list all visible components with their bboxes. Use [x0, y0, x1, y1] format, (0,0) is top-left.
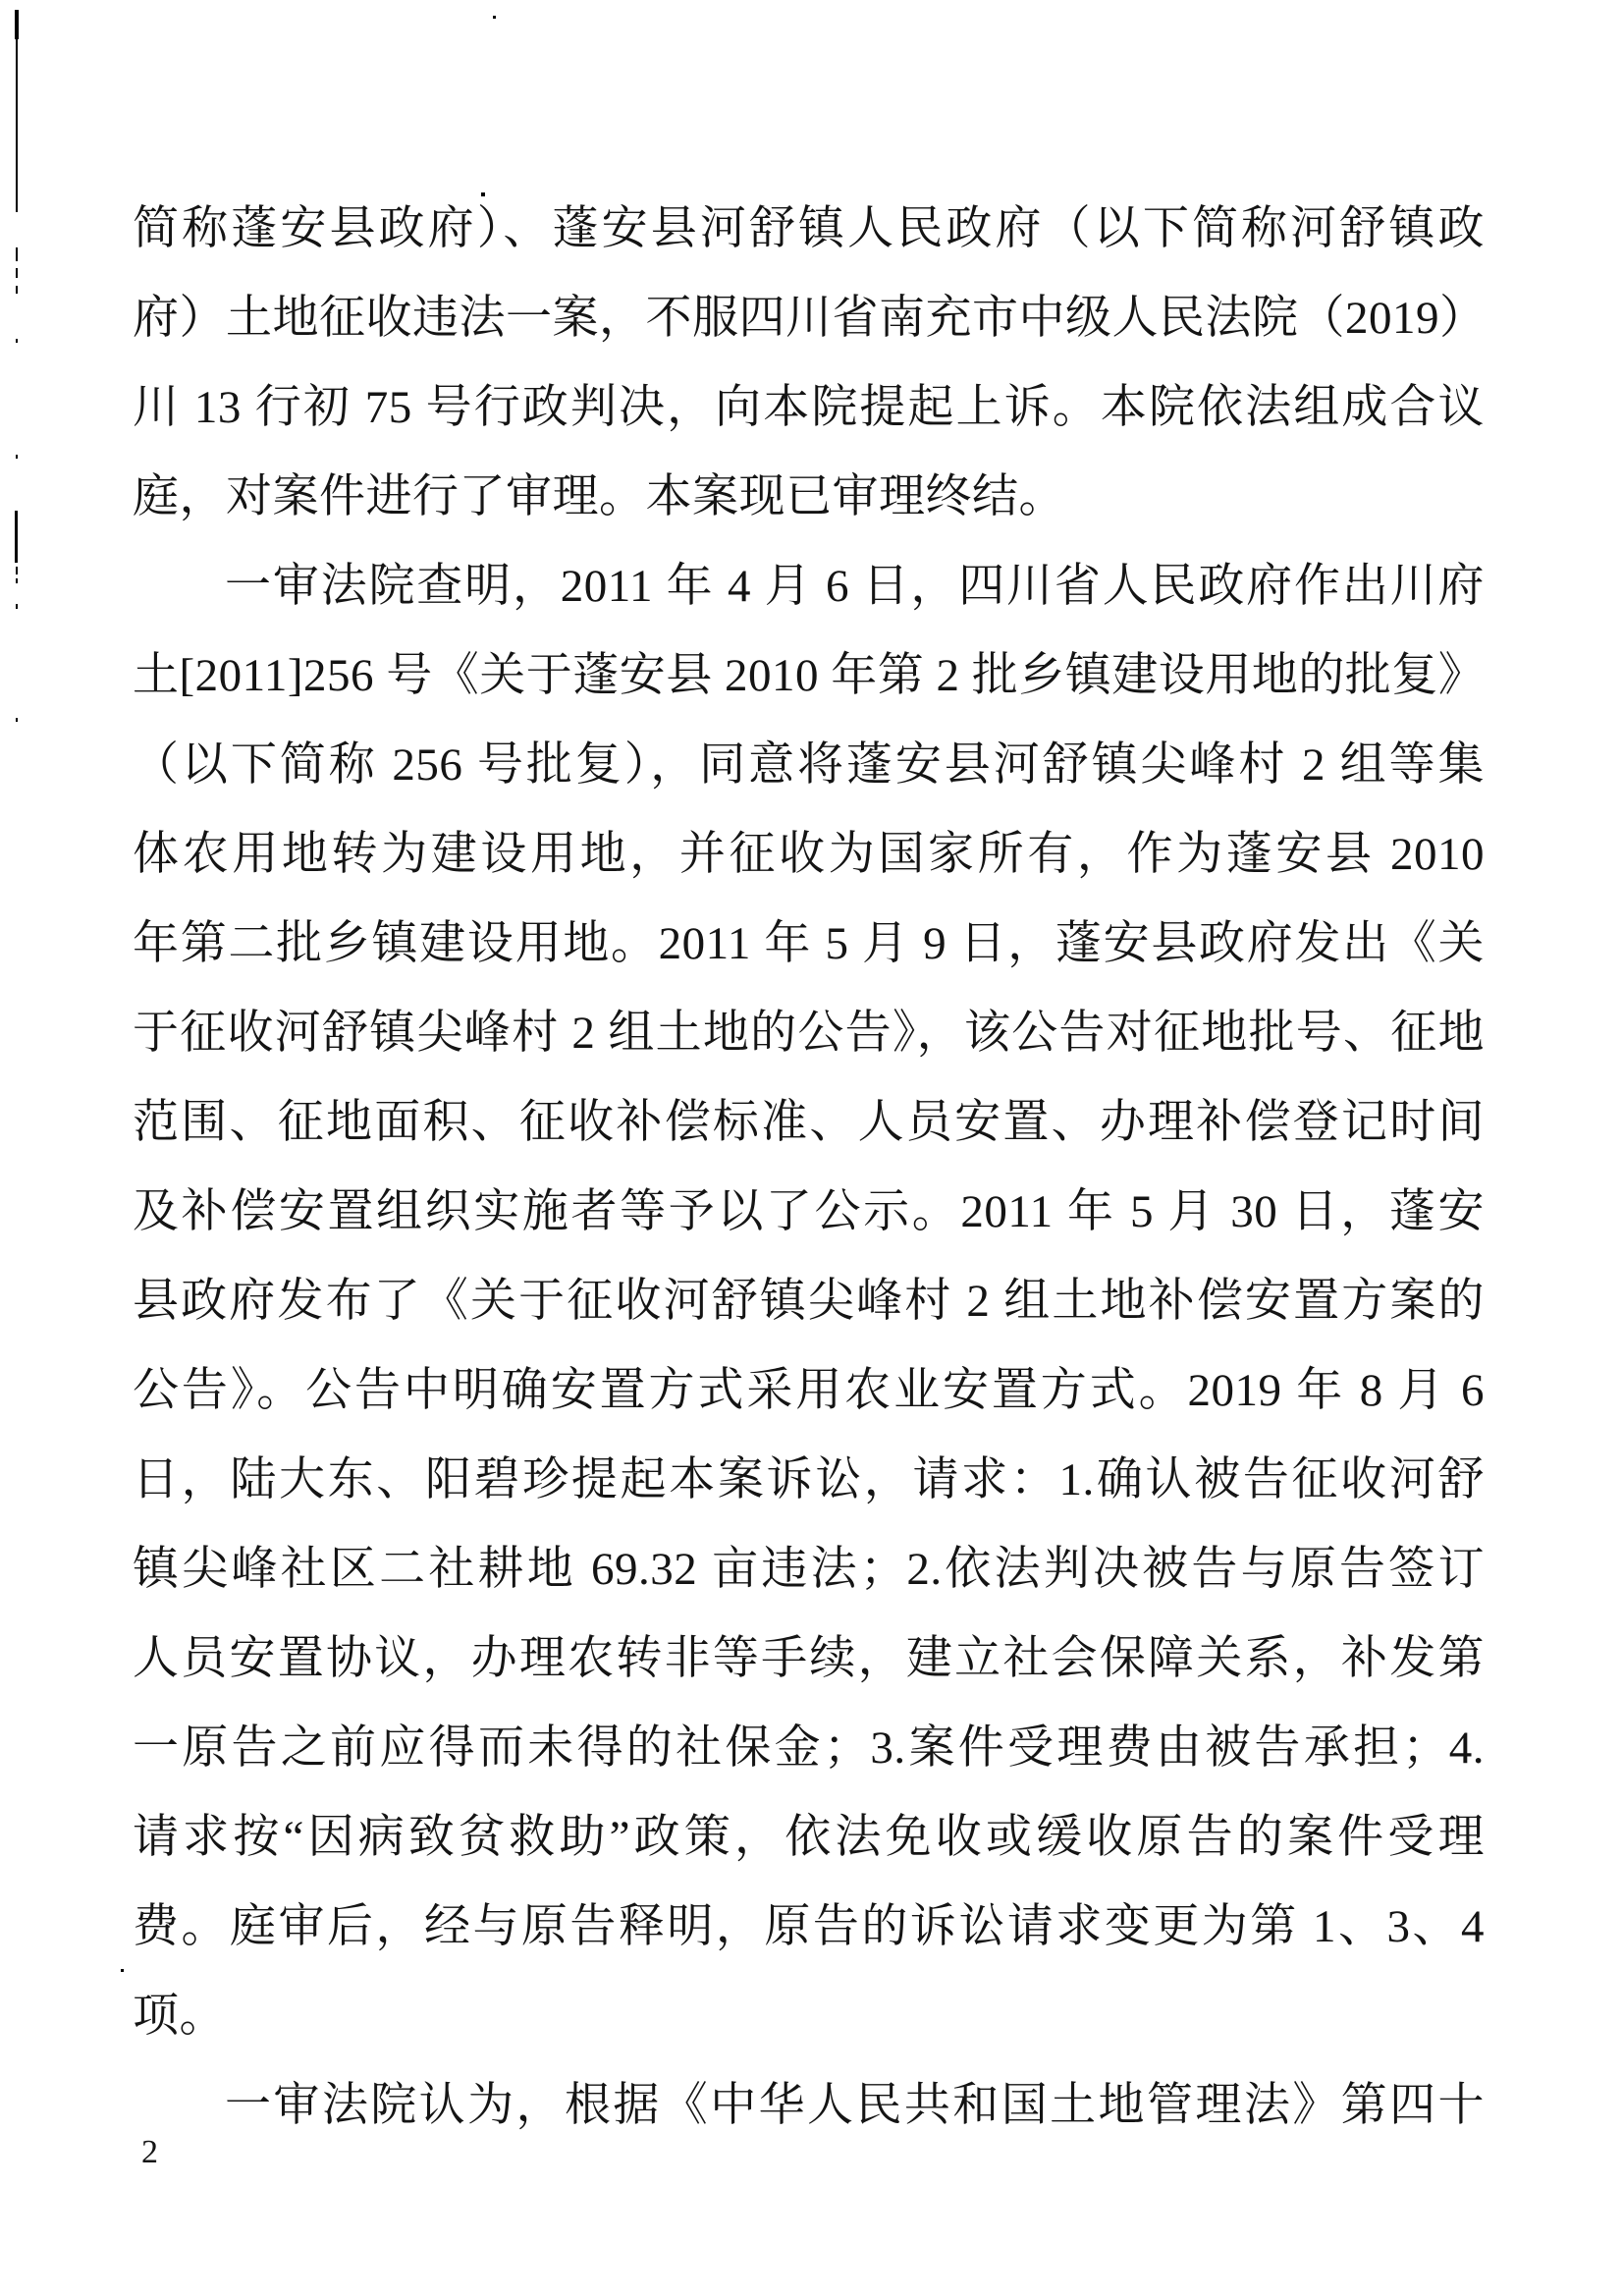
text-line: 一审法院认为，根据《中华人民共和国土地管理法》第四十 — [133, 2061, 1485, 2151]
scan-artifact — [16, 286, 18, 294]
scan-artifact — [16, 604, 18, 609]
text-line: 日，陆大东、阳碧珍提起本案诉讼，请求：1.确认被告征收河舒 — [133, 1436, 1485, 1525]
document-page: 简称蓬安县政府）、蓬安县河舒镇人民政府（以下简称河舒镇政府）土地征收违法一案，不… — [0, 0, 1623, 2296]
text-line: 人员安置协议，办理农转非等手续，建立社会保障关系，补发第 — [133, 1614, 1485, 1704]
text-line: 范围、征地面积、征收补偿标准、人员安置、办理补偿登记时间 — [133, 1078, 1485, 1168]
scan-artifact — [493, 16, 496, 19]
scan-artifact — [16, 339, 18, 343]
scan-artifact — [121, 1969, 124, 1972]
text-line: 公告》。公告中明确安置方式采用农业安置方式。2019 年 8 月 6 — [133, 1346, 1485, 1436]
scan-artifact — [16, 268, 18, 278]
text-line: 县政府发布了《关于征收河舒镇尖峰村 2 组土地补偿安置方案的 — [133, 1257, 1485, 1346]
text-line: （以下简称 256 号批复），同意将蓬安县河舒镇尖峰村 2 组等集 — [133, 721, 1485, 810]
scan-artifact — [15, 10, 19, 39]
text-line: 体农用地转为建设用地，并征收为国家所有，作为蓬安县 2010 — [133, 810, 1485, 900]
text-line: 年第二批乡镇建设用地。2011 年 5 月 9 日，蓬安县政府发出《关 — [133, 900, 1485, 989]
text-line: 镇尖峰社区二社耕地 69.32 亩违法；2.依法判决被告与原告签订 — [133, 1525, 1485, 1614]
text-line: 庭，对案件进行了审理。本案现已审理终结。 — [133, 453, 1485, 542]
text-line: 项。 — [133, 1972, 1485, 2061]
scan-artifact — [481, 192, 485, 196]
scan-artifact — [15, 511, 18, 563]
text-line: 府）土地征收违法一案，不服四川省南充市中级人民法院（2019） — [133, 274, 1485, 363]
scan-artifact — [16, 455, 18, 459]
scan-artifact — [16, 718, 18, 722]
text-line: 及补偿安置组织实施者等予以了公示。2011 年 5 月 30 日，蓬安 — [133, 1168, 1485, 1257]
page-number: 2 — [141, 2133, 158, 2172]
scan-artifact — [16, 37, 18, 212]
judgment-text-block: 简称蓬安县政府）、蓬安县河舒镇人民政府（以下简称河舒镇政府）土地征收违法一案，不… — [133, 185, 1485, 2151]
text-line: 请求按“因病致贫救助”政策，依法免收或缓收原告的案件受理 — [133, 1793, 1485, 1883]
text-line: 一原告之前应得而未得的社保金；3.案件受理费由被告承担；4. — [133, 1704, 1485, 1793]
text-line: 简称蓬安县政府）、蓬安县河舒镇人民政府（以下简称河舒镇政 — [133, 185, 1485, 274]
text-line: 土[2011]256 号《关于蓬安县 2010 年第 2 批乡镇建设用地的批复》 — [133, 631, 1485, 721]
scan-artifact — [16, 578, 18, 583]
scan-artifact — [16, 247, 18, 261]
text-line: 一审法院查明，2011 年 4 月 6 日，四川省人民政府作出川府 — [133, 542, 1485, 631]
text-line: 于征收河舒镇尖峰村 2 组土地的公告》，该公告对征地批号、征地 — [133, 989, 1485, 1078]
text-line: 费。庭审后，经与原告释明，原告的诉讼请求变更为第 1、3、4 — [133, 1883, 1485, 1972]
scan-artifact — [16, 567, 18, 574]
text-line: 川 13 行初 75 号行政判决，向本院提起上诉。本院依法组成合议 — [133, 363, 1485, 453]
